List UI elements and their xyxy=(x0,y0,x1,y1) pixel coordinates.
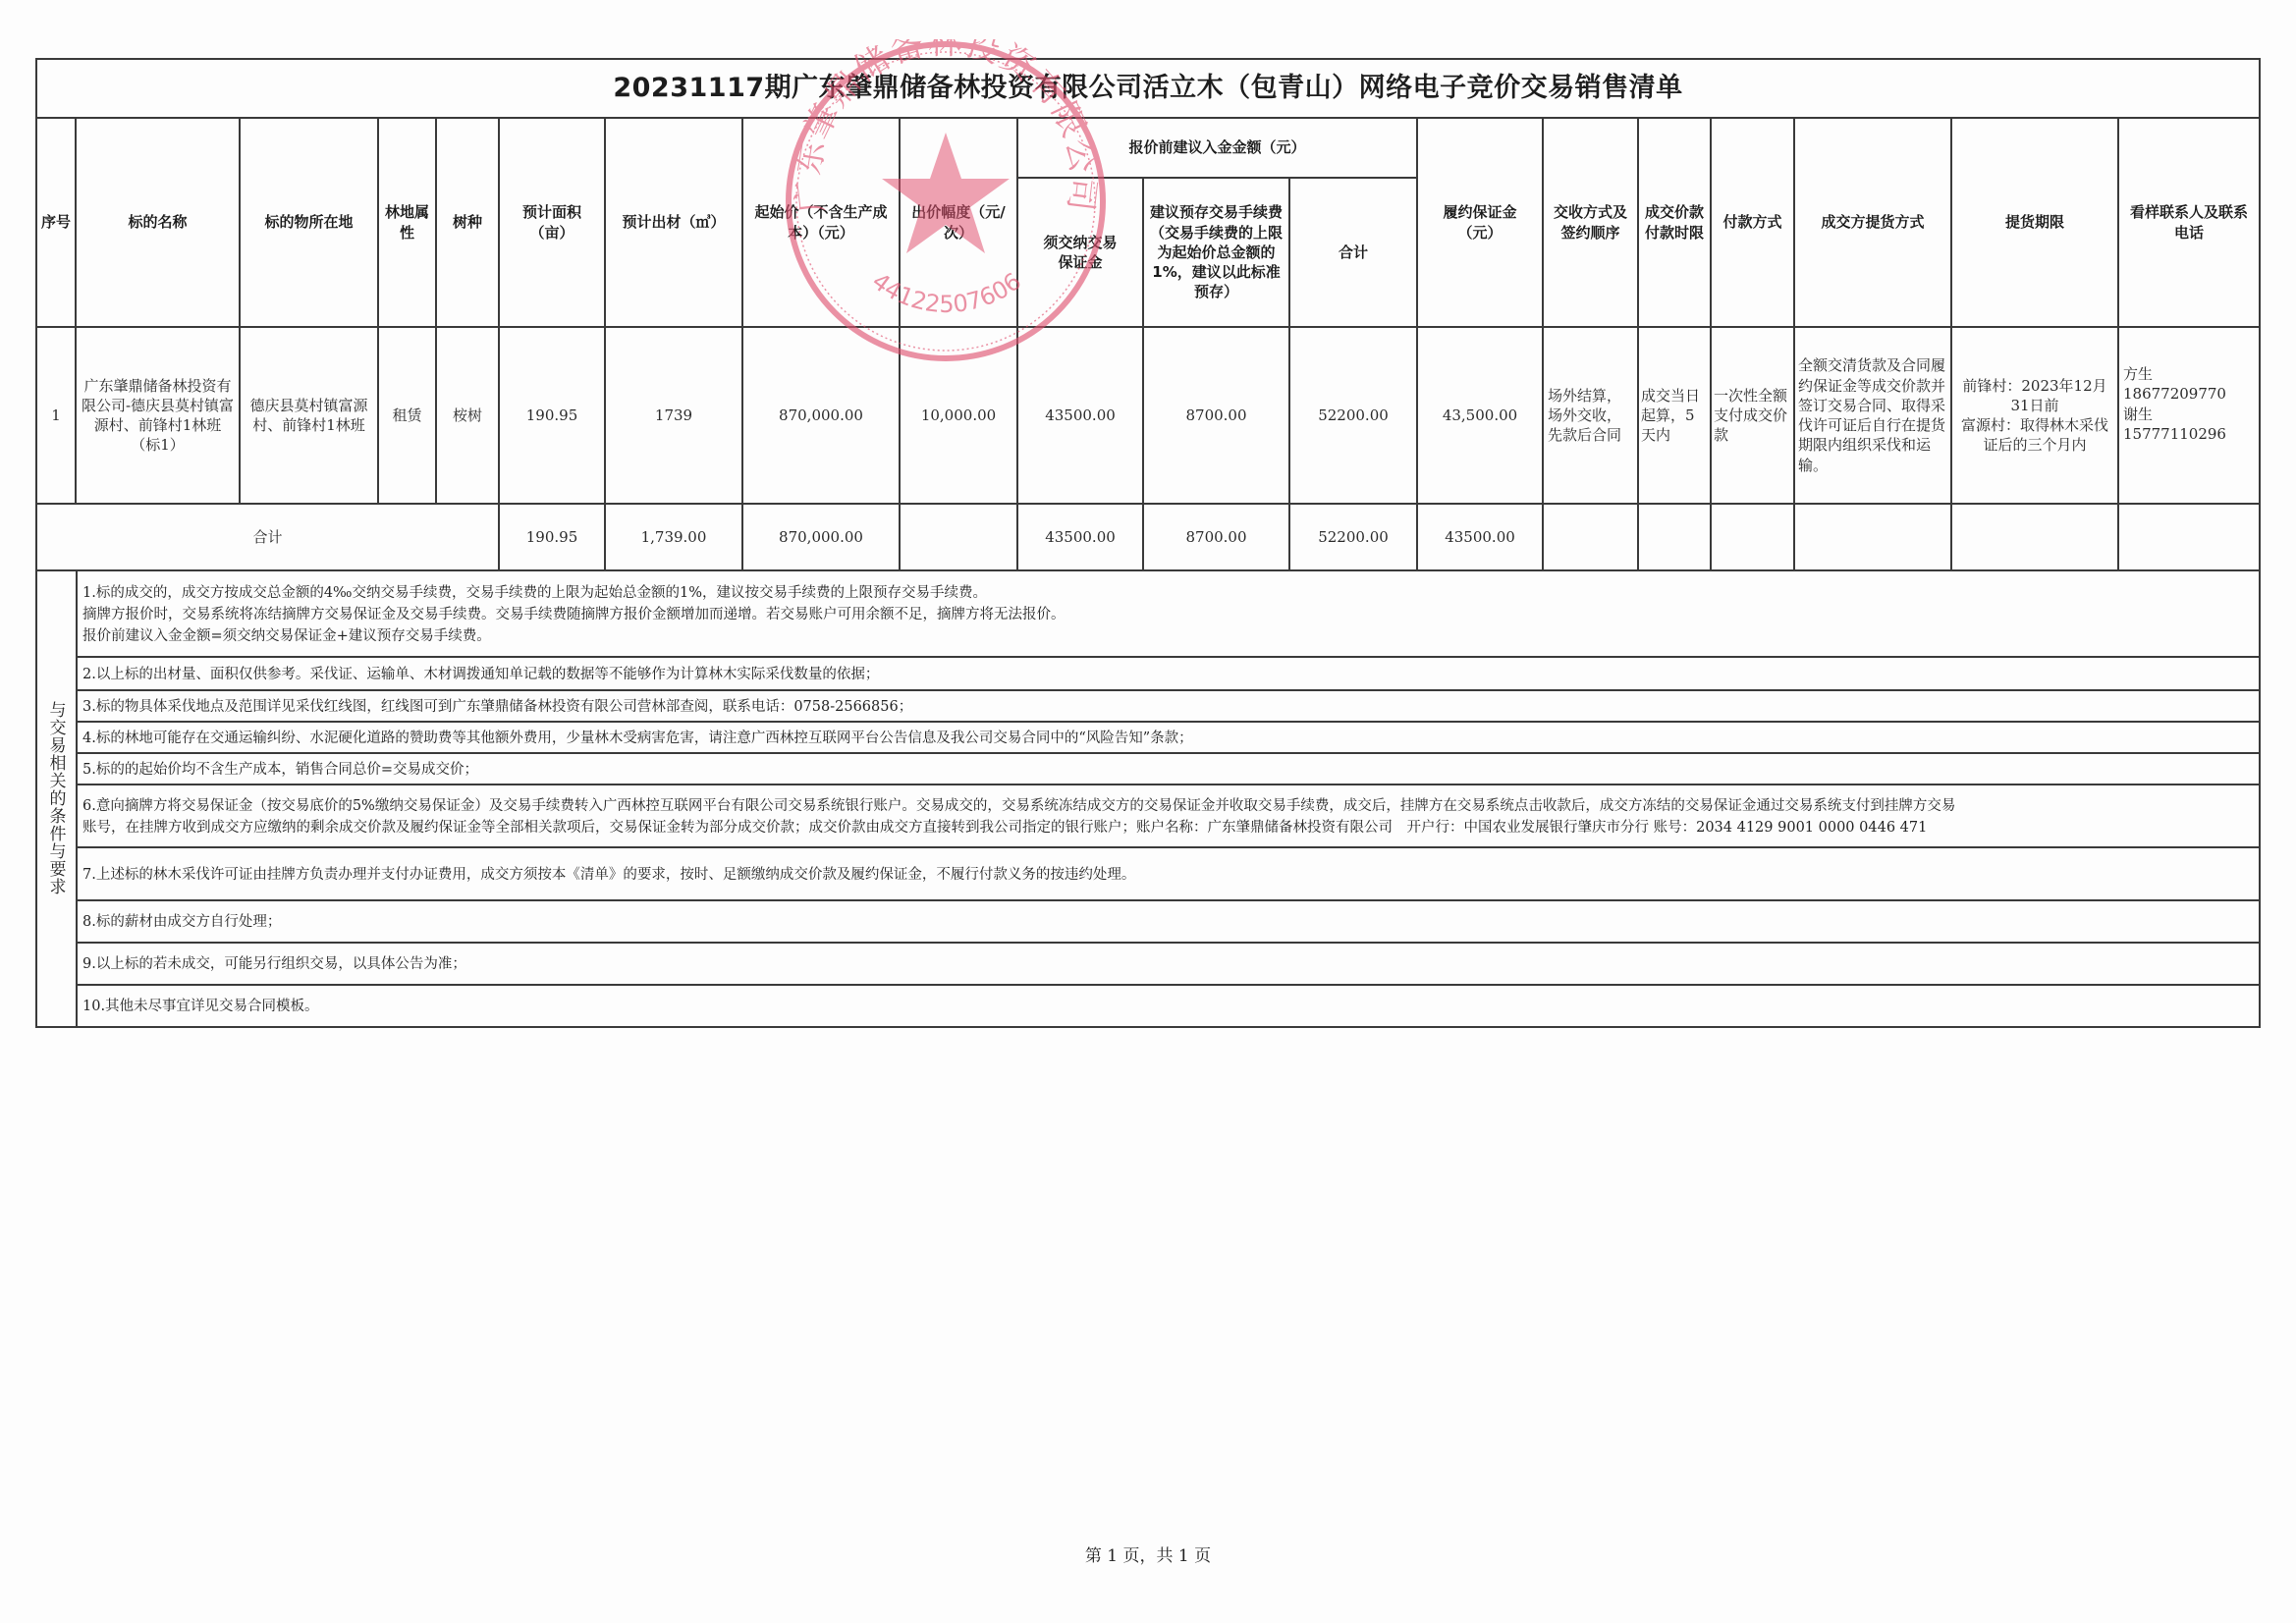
condition-text: 9.以上标的若未成交，可能另行组织交易，以具体公告为准； xyxy=(82,953,466,975)
header-increment: 出价幅度（元/次） xyxy=(901,119,1016,326)
header-fee: 建议预存交易手续费（交易手续费的上限为起始价总金额的1%，建议以此标准预存） xyxy=(1144,179,1288,326)
condition-text: 2.以上标的出材量、面积仅供参考。采伐证、运输单、木材调拨通知单记载的数据等不能… xyxy=(82,664,879,685)
cell-volume: 1739 xyxy=(606,329,741,502)
condition-item: 7.上述标的林木采伐许可证由挂牌方负责办理并支付办证费用，成交方须按本《清单》的… xyxy=(82,849,1135,899)
totals-deposit: 43500.00 xyxy=(1018,505,1142,569)
header-pickup-method: 成交方提货方式 xyxy=(1795,119,1950,326)
cell-area: 190.95 xyxy=(500,329,604,502)
header-seq: 序号 xyxy=(37,119,75,326)
totals-total: 52200.00 xyxy=(1290,505,1416,569)
condition-text: 报价前建议入金金额=须交纳交易保证金+建议预存交易手续费。 xyxy=(82,625,1066,647)
cell-delivery-order: 场外结算，场外交收，先款后合同 xyxy=(1544,329,1637,502)
totals-increment xyxy=(901,505,1016,569)
document-title: 20231117期广东肇鼎储备林投资有限公司活立木（包青山）网络电子竞价交易销售… xyxy=(37,60,2259,117)
condition-item: 6.意向摘牌方将交易保证金（按交易底价的5%缴纳交易保证金）及交易手续费转入广西… xyxy=(82,786,1955,846)
condition-text: 10.其他未尽事宜详见交易合同模板。 xyxy=(82,996,319,1017)
condition-text: 4.标的林地可能存在交通运输纠纷、水泥硬化道路的赞助费等其他额外费用，少量林木受… xyxy=(82,728,1193,749)
cell-tree: 桉树 xyxy=(437,329,498,502)
condition-text: 账号，在挂牌方收到成交方应缴纳的剩余成交价款及履约保证金等全部相关款项后，交易保… xyxy=(82,817,1955,839)
header-deposit-group: 报价前建议入金金额（元） xyxy=(1018,119,1416,176)
condition-text: 6.意向摘牌方将交易保证金（按交易底价的5%缴纳交易保证金）及交易手续费转入广西… xyxy=(82,795,1955,817)
totals-performance-bond: 43500.00 xyxy=(1418,505,1542,569)
document-page: 20231117期广东肇鼎储备林投资有限公司活立木（包青山）网络电子竞价交易销售… xyxy=(0,0,2296,1623)
condition-item: 8.标的薪材由成交方自行处理； xyxy=(82,902,281,942)
header-volume: 预计出材（㎥） xyxy=(606,119,741,326)
condition-text: 8.标的薪材由成交方自行处理； xyxy=(82,911,281,933)
condition-item: 3.标的物具体采伐地点及范围详见采伐红线图，红线图可到广东肇鼎储备林投资有限公司… xyxy=(82,692,912,721)
condition-text: 1.标的成交的，成交方按成交总金额的4‰交纳交易手续费，交易手续费的上限为起始总… xyxy=(82,582,1066,604)
totals-fee: 8700.00 xyxy=(1144,505,1288,569)
cell-fee: 8700.00 xyxy=(1144,329,1288,502)
header-total: 合计 xyxy=(1290,179,1416,326)
cell-contact: 方生 18677209770 谢生 15777110296 xyxy=(2119,329,2259,502)
condition-item: 4.标的林地可能存在交通运输纠纷、水泥硬化道路的赞助费等其他额外费用，少量林木受… xyxy=(82,724,1193,752)
header-payment-method: 付款方式 xyxy=(1712,119,1793,326)
cell-pickup-method: 全额交清货款及合同履约保证金等成交价款并签订交易合同、取得采伐许可证后自行在提货… xyxy=(1795,329,1950,502)
conditions-label: 与交易相关的条件与要求 xyxy=(35,570,77,1026)
cell-location: 德庆县莫村镇富源村、前锋村1林班 xyxy=(241,329,377,502)
page-footer: 第 1 页，共 1 页 xyxy=(0,1542,2296,1566)
cell-increment: 10,000.00 xyxy=(901,329,1016,502)
header-performance-bond: 履约保证金（元） xyxy=(1418,119,1542,326)
condition-item: 5.标的的起始价均不含生产成本，销售合同总价=交易成交价； xyxy=(82,755,478,784)
cell-total: 52200.00 xyxy=(1290,329,1416,502)
condition-text: 5.标的的起始价均不含生产成本，销售合同总价=交易成交价； xyxy=(82,759,478,781)
header-pickup-deadline: 提货期限 xyxy=(1952,119,2117,326)
header-land-type: 林地属性 xyxy=(379,119,435,326)
header-delivery-order: 交收方式及签约顺序 xyxy=(1544,119,1637,326)
cell-payment-method: 一次性全额支付成交价款 xyxy=(1712,329,1793,502)
header-contact: 看样联系人及联系电话 xyxy=(2119,119,2259,326)
cell-performance-bond: 43,500.00 xyxy=(1418,329,1542,502)
cell-seq: 1 xyxy=(37,329,75,502)
header-area: 预计面积（亩） xyxy=(500,119,604,326)
cell-land-type: 租赁 xyxy=(379,329,435,502)
condition-text: 3.标的物具体采伐地点及范围详见采伐红线图，红线图可到广东肇鼎储备林投资有限公司… xyxy=(82,696,912,718)
header-payment-deadline: 成交价款付款时限 xyxy=(1639,119,1710,326)
cell-deposit: 43500.00 xyxy=(1018,329,1142,502)
cell-start-price: 870,000.00 xyxy=(743,329,899,502)
totals-area: 190.95 xyxy=(500,505,604,569)
header-start-price: 起始价（不含生产成本）（元） xyxy=(743,119,899,326)
totals-volume: 1,739.00 xyxy=(606,505,741,569)
totals-start-price: 870,000.00 xyxy=(743,505,899,569)
header-name: 标的名称 xyxy=(77,119,239,326)
condition-item: 2.以上标的出材量、面积仅供参考。采伐证、运输单、木材调拨通知单记载的数据等不能… xyxy=(82,659,879,689)
header-location: 标的物所在地 xyxy=(241,119,377,326)
condition-item: 1.标的成交的，成交方按成交总金额的4‰交纳交易手续费，交易手续费的上限为起始总… xyxy=(82,572,1066,656)
condition-text: 7.上述标的林木采伐许可证由挂牌方负责办理并支付办证费用，成交方须按本《清单》的… xyxy=(82,864,1135,886)
condition-text: 摘牌方报价时，交易系统将冻结摘牌方交易保证金及交易手续费。交易手续费随摘牌方报价… xyxy=(82,604,1066,625)
condition-item: 10.其他未尽事宜详见交易合同模板。 xyxy=(82,987,319,1025)
condition-item: 9.以上标的若未成交，可能另行组织交易，以具体公告为准； xyxy=(82,945,466,984)
totals-label: 合计 xyxy=(37,505,498,569)
header-deposit: 须交纳交易保证金 xyxy=(1018,179,1142,326)
header-tree: 树种 xyxy=(437,119,498,326)
cell-name: 广东肇鼎储备林投资有限公司-德庆县莫村镇富源村、前锋村1林班（标1） xyxy=(77,329,239,502)
cell-payment-deadline: 成交当日起算，5天内 xyxy=(1639,329,1710,502)
cell-pickup-deadline: 前锋村：2023年12月31日前 富源村：取得林木采伐证后的三个月内 xyxy=(1952,329,2117,502)
